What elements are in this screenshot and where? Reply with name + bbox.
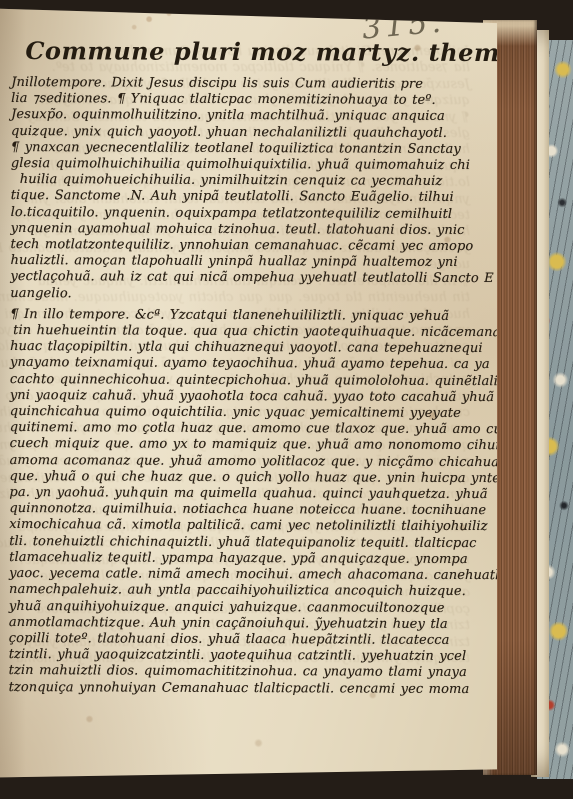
folio-number: 315.	[361, 4, 447, 46]
text-line: Jesuxp̃o. oquinmolhuilitzino. ynitla mac…	[11, 107, 477, 125]
text-line: çopilli toteº. tlatohuani dios. yhuã tla…	[9, 631, 475, 649]
text-line: pa. yn yaohuã. yuhquin ma quimella quahu…	[9, 485, 475, 503]
text-block: Commune pluri moz martyz. thema. Jnillot…	[9, 33, 478, 698]
text-line: quitinemi. amo mo çotla huaz que. amomo …	[10, 420, 476, 438]
body-text: Jnillotempore. Dixit Jesus discipu lis s…	[9, 75, 478, 698]
text-line: yectlaçohuã. auh iz cat qui nicã ompehua…	[10, 269, 476, 287]
text-line: lo.ticaquitilo. ynquenin. oquixpampa tet…	[11, 205, 477, 223]
text-line: ¶ In illo tempore. &cª. Yzcatqui tlanene…	[10, 307, 476, 325]
text-line: tzintli. yhuã yaoquizcatzintli. yaotequi…	[9, 647, 475, 665]
text-line: tlamacehualiz tequitl. ypampa hayazque. …	[9, 550, 475, 568]
text-line: yaoc. yecema catle. nimã amech mocihui. …	[9, 566, 475, 584]
text-line: ynquenin ayamohual mohuica tzinohua. teu…	[11, 221, 477, 239]
text-line: tin huehueintin tla toque. qua qua chict…	[13, 323, 476, 341]
text-line: glesia quimolhuichihuilia quimolhuiquixt…	[11, 156, 477, 174]
text-line: tech motlatzontequililiz. ynnohuian cema…	[10, 237, 476, 255]
text-line: huac tlaçopipiltin. ytla qui chihuaznequ…	[10, 339, 476, 357]
text-line: hualiztli. amoçan tlapohualli yninpã hua…	[10, 253, 476, 271]
text-line: yni yaoquiz cahuã. yhuã yyaohotla toca c…	[10, 388, 476, 406]
text-line: huilia quimohueichihuilia. ynimilhuitzin…	[20, 172, 477, 190]
text-line: quinnonotza. quimilhuia. notiachca huane…	[9, 501, 475, 519]
text-line: tzonquiça ynnohuiyan Cemanahuac tlalticp…	[9, 679, 475, 697]
text-line: cuech miquiz que. amo yx to mamiquiz que…	[10, 436, 476, 454]
text-line: uangelio.	[10, 286, 476, 304]
text-line: quizque. ynix quich yaoyotl. yhuan necha…	[11, 124, 477, 142]
text-line: ¶ ynaxcan yecnecentlaliliz teotlanel toq…	[11, 140, 477, 158]
text-line: ximochicahua cã. ximotla paltilicã. cami…	[9, 517, 475, 535]
text-line: tique. Sanctome .N. Auh ynipã teutlatoll…	[11, 188, 477, 206]
manuscript-photo: Jnillotempore. Dixit Jesus discipu lis s…	[0, 0, 573, 799]
text-line: anmotlamachtizque. Auh ynin caçãnoiuhqui…	[9, 615, 475, 633]
text-line: yhuã anquihiyohuizque. anquici yahuizque…	[9, 598, 475, 616]
text-line: Jnillotempore. Dixit Jesus discipu lis s…	[11, 75, 477, 93]
text-line: tli. tonehuiztli chichinaquiztli. yhuã t…	[9, 534, 475, 552]
text-line: amoma acomanaz que. yhuã amomo yolitlaco…	[10, 453, 476, 471]
text-line: lia ⁊seditiones. ¶ Yniquac tlalticpac mo…	[11, 91, 477, 109]
text-line: que. yhuã o qui che huaz que. o quich yo…	[9, 469, 475, 487]
text-line: ynayamo teixnamiqui. ayamo teyaochihua. …	[10, 355, 476, 373]
text-line: namechpalehuiz. auh yntla paccaihiyohuil…	[9, 582, 475, 600]
manuscript-page: Jnillotempore. Dixit Jesus discipu lis s…	[0, 0, 497, 799]
text-line: quinchicahua quimo oquichtilia. ynic yqu…	[10, 404, 476, 422]
text-line: cachto quinnechicohua. quintecpichohua. …	[10, 372, 476, 390]
text-line: tzin mahuiztli dios. quimomachititzinohu…	[9, 663, 475, 681]
